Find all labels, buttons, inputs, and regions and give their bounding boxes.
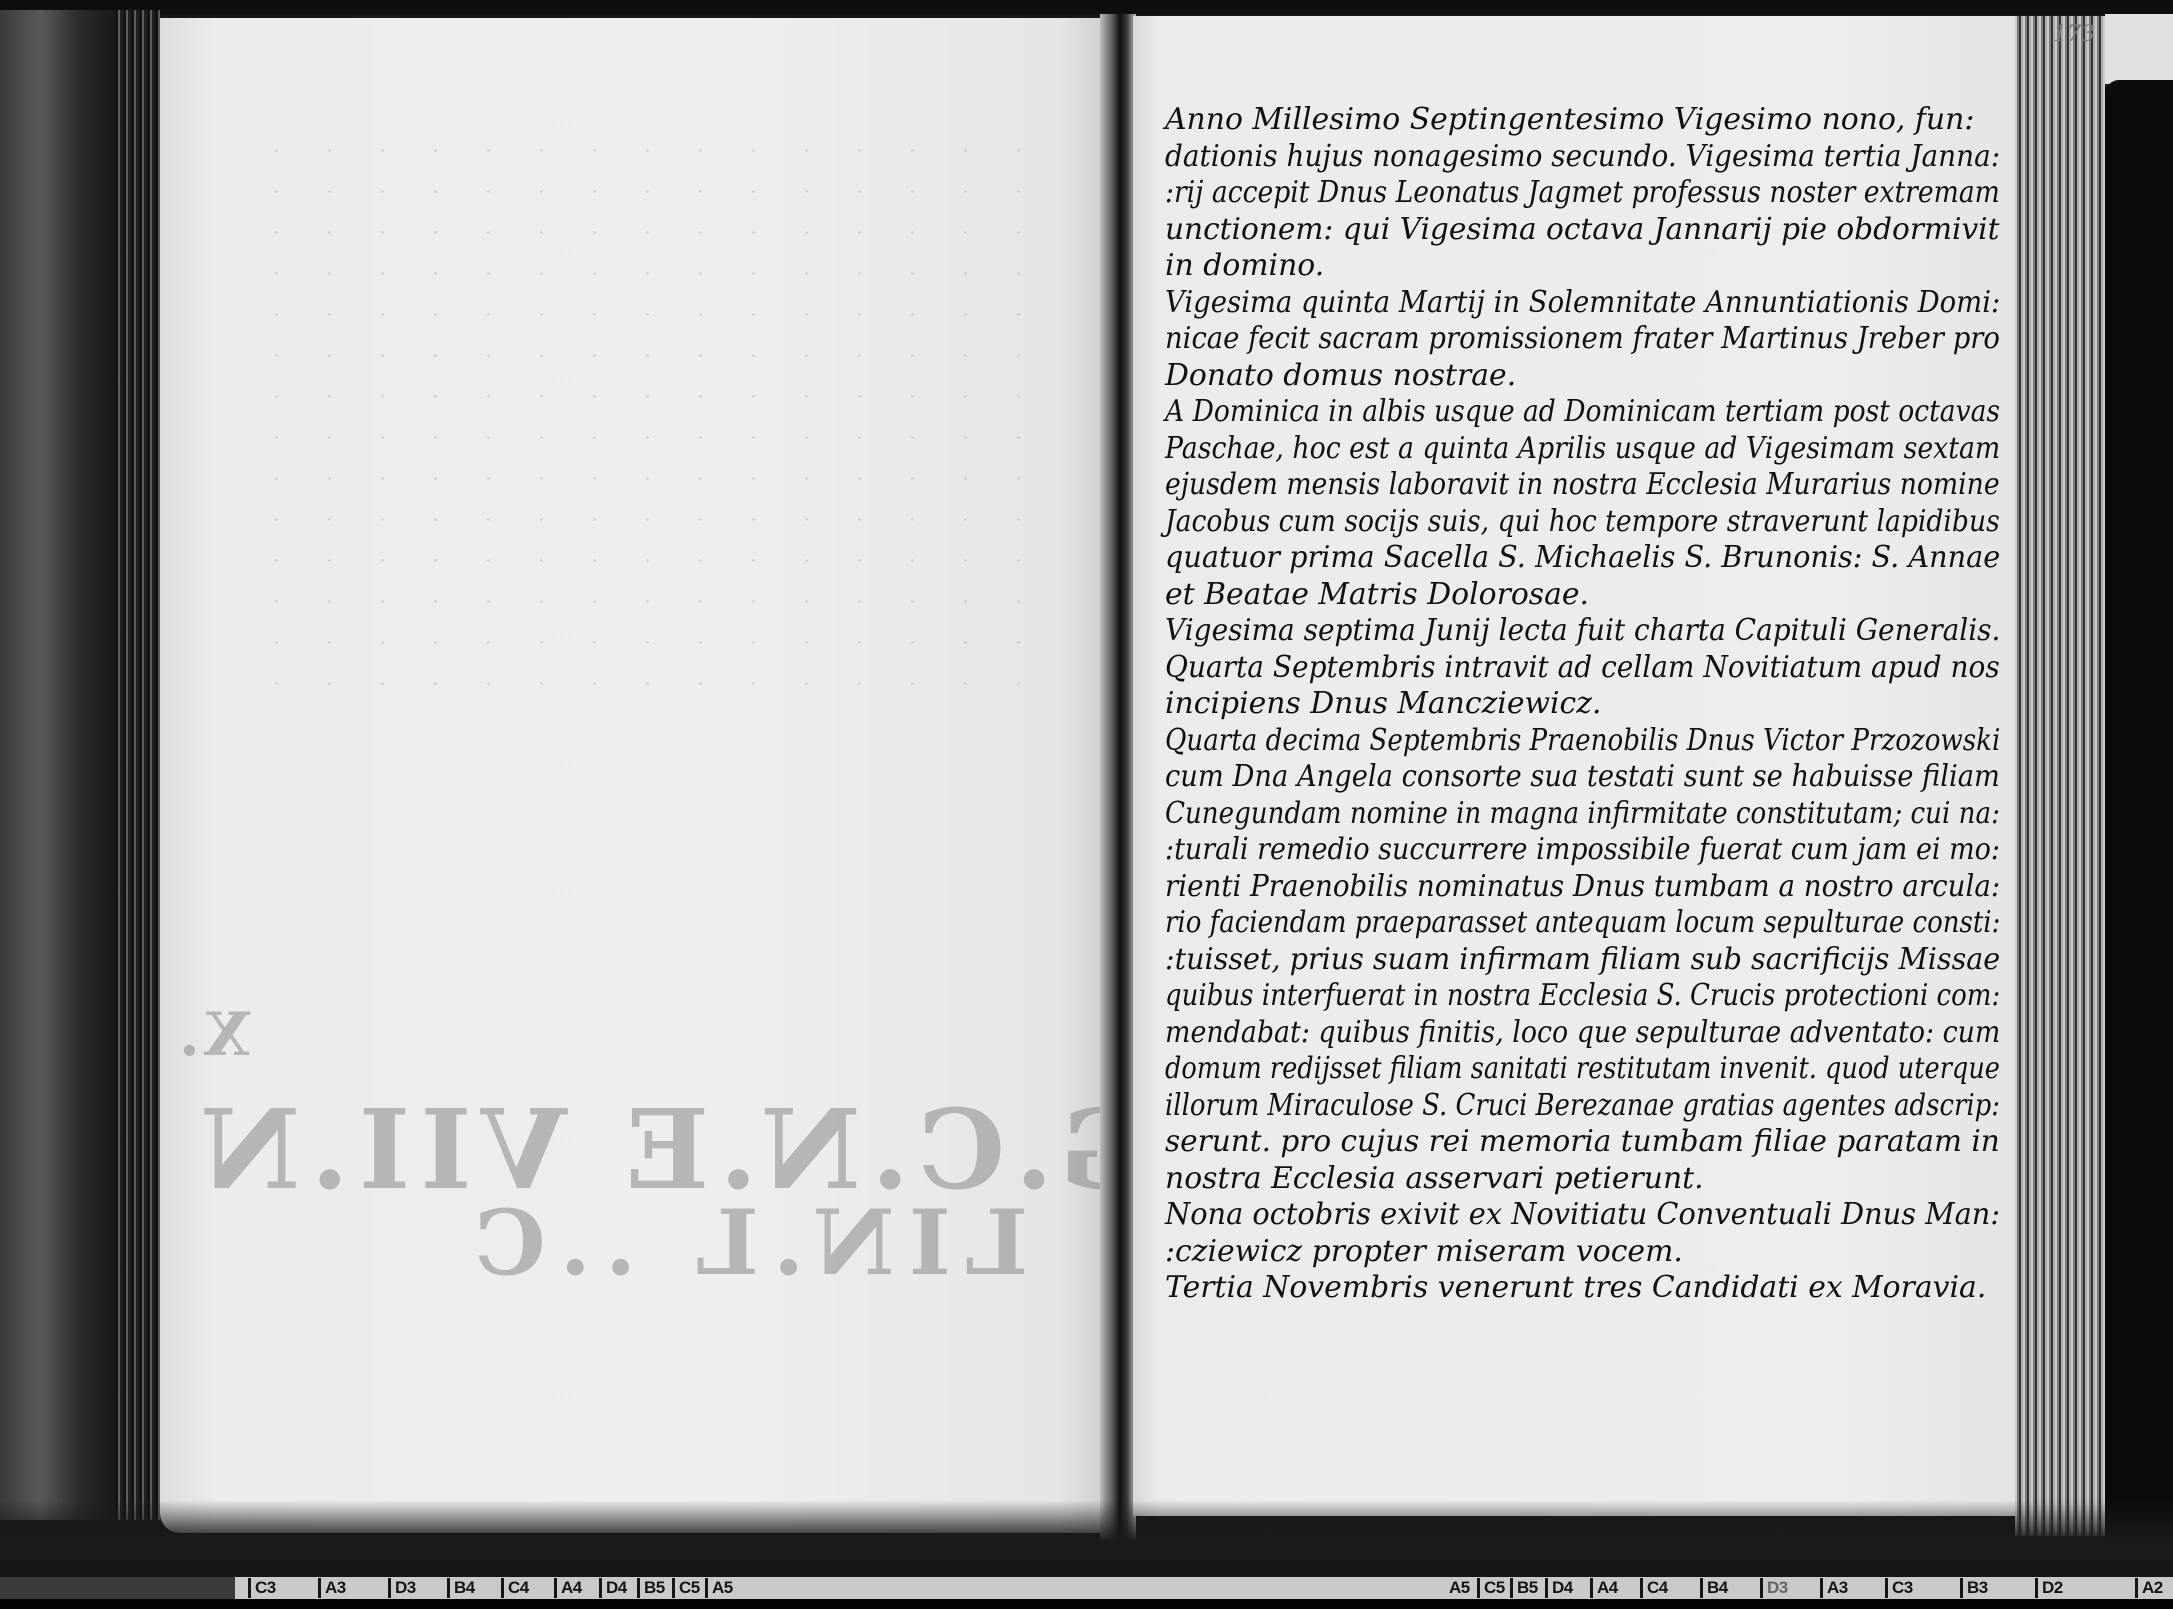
film-tag: D3	[1760, 1578, 1788, 1598]
manuscript-line: :cziewicz propter miseram vocem.	[1165, 1234, 2000, 1271]
manuscript-line: Cunegundam nomine in magna infirmitate c…	[1165, 796, 1896, 833]
film-tag: B3	[1960, 1578, 1988, 1598]
page-edges-right	[2015, 16, 2105, 1536]
manuscript-line: Vigesima septima Junij lecta fuit charta…	[1165, 613, 1949, 650]
manuscript-line: Donato domus nostrae.	[1165, 358, 2000, 395]
manuscript-line: Quarta decima Septembris Praenobilis Dnu…	[1165, 723, 1896, 760]
manuscript-line: serunt. pro cujus rei memoria tumbam fil…	[1165, 1124, 1991, 1161]
manuscript-line: :rij accepit Dnus Leonatus Jagmet profes…	[1165, 175, 1910, 212]
film-tag: D4	[1545, 1578, 1573, 1598]
film-tag: C5	[672, 1578, 700, 1598]
manuscript-line: Anno Millesimo Septingentesimo Vigesimo …	[1165, 102, 2000, 139]
cover-edge-right	[2105, 14, 2173, 84]
manuscript-line: Jacobus cum socijs suis, qui hoc tempore…	[1165, 504, 1910, 541]
manuscript-line: Paschae, hoc est a quinta Aprilis usque …	[1165, 431, 1914, 468]
film-tag: A5	[705, 1578, 733, 1598]
manuscript-line: illorum Miraculose S. Cruci Berezanae gr…	[1165, 1088, 1891, 1125]
film-tag: C3	[1885, 1578, 1913, 1598]
manuscript-text: Anno Millesimo Septingentesimo Vigesimo …	[1165, 102, 2005, 1307]
bleed-through-line: X.	[175, 1000, 250, 1070]
manuscript-line: quibus interfuerat in nostra Ecclesia S.…	[1165, 978, 1893, 1015]
manuscript-line: cum Dna Angela consorte sua testati sunt…	[1165, 759, 1930, 796]
film-index-strip-dark-end	[0, 1577, 235, 1599]
manuscript-line: in domino.	[1165, 248, 2000, 285]
film-tag: A2	[2135, 1578, 2163, 1598]
book-cover-right	[2105, 80, 2173, 1540]
film-tag: A4	[1590, 1578, 1618, 1598]
manuscript-line: incipiens Dnus Mancziewicz.	[1165, 686, 2000, 723]
manuscript-line: mendabat: quibus finitis, loco que sepul…	[1165, 1015, 1917, 1052]
film-tag: B5	[637, 1578, 665, 1598]
manuscript-line: nostra Ecclesia asservari petierunt.	[1165, 1161, 2000, 1198]
film-tag: C4	[1640, 1578, 1668, 1598]
film-tag: B4	[1700, 1578, 1728, 1598]
bleed-through-line: LIN.L ..C	[460, 1190, 1028, 1296]
manuscript-line: A Dominica in albis usque ad Dominicam t…	[1165, 394, 1908, 431]
film-tag: D3	[388, 1578, 416, 1598]
manuscript-line: :tuisset, prius suam infirmam filiam sub…	[1165, 942, 1966, 979]
manuscript-line: Nona octobris exivit ex Novitiatu Conven…	[1165, 1197, 1971, 1234]
manuscript-line: rienti Praenobilis nominatus Dnus tumbam…	[1165, 869, 1941, 906]
manuscript-line: rio faciendam praeparasset antequam locu…	[1165, 905, 1893, 942]
page-bottom-shadow	[0, 1500, 2173, 1560]
manuscript-line: Vigesima quinta Martij in Solemnitate An…	[1165, 285, 1934, 322]
manuscript-line: Quarta Septembris intravit ad cellam Nov…	[1165, 650, 1949, 687]
manuscript-line: nicae fecit sacram promissionem frater M…	[1165, 321, 1933, 358]
film-tag: B4	[447, 1578, 475, 1598]
manuscript-line: Tertia Novembris venerunt tres Candidati…	[1165, 1270, 2000, 1307]
manuscript-line: quatuor prima Sacella S. Michaelis S. Br…	[1165, 540, 1968, 577]
film-bottom-edge	[0, 1599, 2173, 1609]
manuscript-line: et Beatae Matris Dolorosae.	[1165, 577, 2000, 614]
book-gutter	[1100, 14, 1136, 1544]
manuscript-line: domum redijsset filiam sanitati restitut…	[1165, 1051, 1881, 1088]
film-tag: C5	[1477, 1578, 1505, 1598]
ink-bleed-speckles	[250, 130, 1050, 690]
manuscript-line: :turali remedio succurrere impossibile f…	[1165, 832, 1920, 869]
folio-number: 173	[2053, 22, 2095, 47]
page-edges-left	[115, 10, 160, 1520]
film-tag: C3	[248, 1578, 276, 1598]
film-tag: D4	[599, 1578, 627, 1598]
manuscript-line: unctionem: qui Vigesima octava Jannarij …	[1165, 212, 1993, 249]
manuscript-line: ejusdem mensis laboravit in nostra Eccle…	[1165, 467, 1910, 504]
film-tag: C4	[501, 1578, 529, 1598]
film-tag: A4	[554, 1578, 582, 1598]
manuscript-line: dationis hujus nonagesimo secundo. Viges…	[1165, 139, 1946, 176]
film-tag: B5	[1510, 1578, 1538, 1598]
film-tag: D2	[2035, 1578, 2063, 1598]
film-tag: A5	[1445, 1578, 1470, 1598]
book-spine-left	[0, 10, 160, 1520]
film-tag: A3	[1820, 1578, 1848, 1598]
film-top-edge	[0, 0, 2173, 14]
film-tag: A3	[318, 1578, 346, 1598]
